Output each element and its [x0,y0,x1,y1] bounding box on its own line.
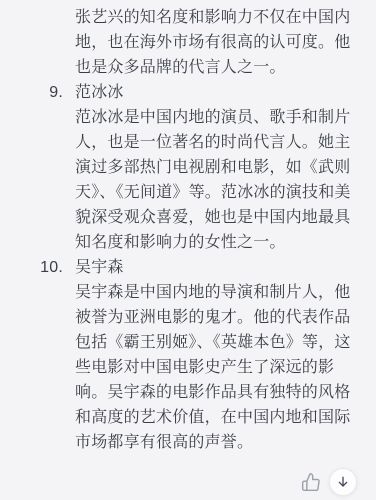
list-item: 10. 吴宇森 吴宇森是中国内地的导演和制片人，他被誉为亚洲电影的鬼才。他的代表… [0,255,376,455]
thumbs-up-button[interactable] [300,471,322,493]
chat-view: 张艺兴的知名度和影响力不仅在中国内地，也在海外市场有很高的认可度。他也是众多品牌… [0,0,376,500]
list-number: 10. [0,255,63,280]
list-item-title: 吴宇森 [75,255,352,280]
assistant-message: 张艺兴的知名度和影响力不仅在中国内地，也在海外市场有很高的认可度。他也是众多品牌… [0,5,376,455]
list-item: 9. 范冰冰 范冰冰是中国内地的演员、歌手和制片人，也是一位著名的时尚代言人。她… [0,80,376,255]
thumbs-up-icon [301,472,321,492]
list-item-description: 吴宇森是中国内地的导演和制片人，他被誉为亚洲电影的鬼才。他的代表作品包括《霸王别… [75,280,352,455]
message-actions [300,468,357,496]
list-item-description: 张艺兴的知名度和影响力不仅在中国内地，也在海外市场有很高的认可度。他也是众多品牌… [75,5,352,80]
list-item: 张艺兴的知名度和影响力不仅在中国内地，也在海外市场有很高的认可度。他也是众多品牌… [0,5,376,80]
scroll-to-bottom-button[interactable] [329,468,357,496]
arrow-down-icon [335,474,351,490]
list-item-description: 范冰冰是中国内地的演员、歌手和制片人，也是一位著名的时尚代言人。她主演过多部热门… [75,105,352,255]
list-item-title: 范冰冰 [75,80,352,105]
list-number: 9. [0,80,63,105]
